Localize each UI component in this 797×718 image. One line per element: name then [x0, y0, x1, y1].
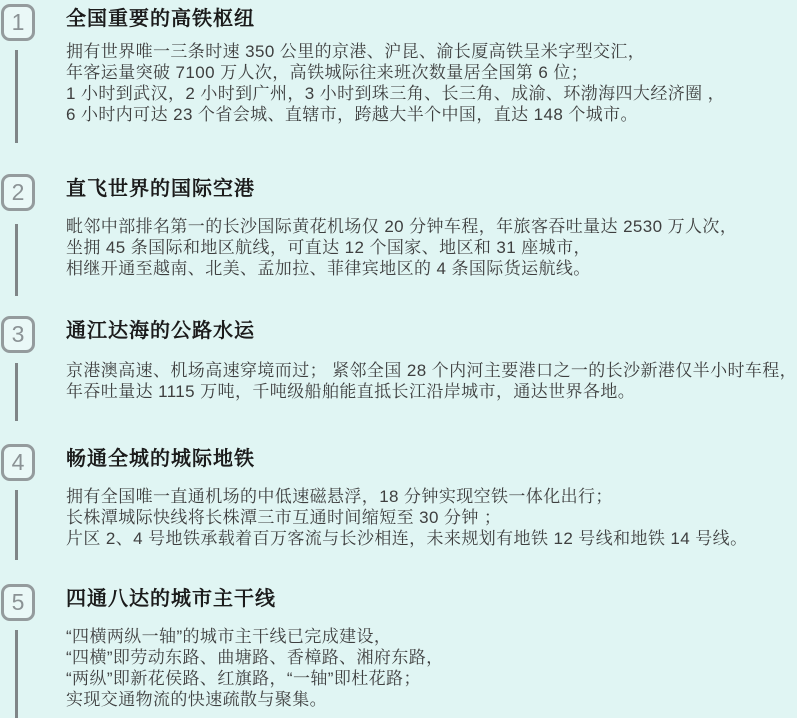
paragraph-line: “四横”即劳动东路、曲塘路、香樟路、湘府东路，	[66, 647, 444, 668]
paragraph-line: 坐拥 45 条国际和地区航线，可直达 12 个国家、地区和 31 座城市，	[66, 237, 737, 258]
paragraph-line: 拥有全国唯一直通机场的中低速磁悬浮，18 分钟实现空铁一体化出行；	[66, 486, 747, 507]
paragraph-line: 片区 2、4 号地铁承载着百万客流与长沙相连，未来规划有地铁 12 号线和地铁 …	[66, 528, 747, 549]
step-number-badge: 3	[1, 316, 35, 353]
step-number: 2	[12, 181, 25, 204]
paragraph-line: 1 小时到武汉，2 小时到广州，3 小时到珠三角、长三角、成渝、环渤海四大经济圈…	[66, 83, 725, 104]
paragraph-line: “四横两纵一轴”的城市主干线已完成建设，	[66, 626, 444, 647]
paragraph-line: 实现交通物流的快速疏散与聚集。	[66, 689, 444, 710]
timeline-connector-line	[15, 630, 18, 718]
section-title: 全国重要的高铁枢纽	[66, 6, 255, 32]
paragraph-line: 长株潭城际快线将长株潭三市互通时间缩短至 30 分钟 ；	[66, 507, 747, 528]
step-number-badge: 1	[1, 4, 35, 41]
paragraph-line: 拥有世界唯一三条时速 350 公里的京港、沪昆、渝长厦高铁呈米字型交汇，	[66, 41, 725, 62]
step-number: 1	[12, 11, 25, 34]
section-title: 四通八达的城市主干线	[66, 586, 276, 612]
infographic-page: 1 全国重要的高铁枢纽 拥有世界唯一三条时速 350 公里的京港、沪昆、渝长厦高…	[0, 0, 797, 718]
step-number: 3	[12, 323, 25, 346]
section-paragraph: 京港澳高速、机场高速穿境而过； 紧邻全国 28 个内河主要港口之一的长沙新港仅半…	[66, 360, 797, 402]
section-title: 畅通全城的城际地铁	[66, 446, 255, 472]
section-paragraph: “四横两纵一轴”的城市主干线已完成建设， “四横”即劳动东路、曲塘路、香樟路、湘…	[66, 626, 444, 710]
paragraph-line: 毗邻中部排名第一的长沙国际黄花机场仅 20 分钟车程，年旅客吞吐量达 2530 …	[66, 216, 737, 237]
step-number: 5	[12, 591, 25, 614]
paragraph-line: 相继开通至越南、北美、孟加拉、菲律宾地区的 4 条国际货运航线。	[66, 258, 737, 279]
paragraph-line: “两纵”即新花侯路、红旗路，“一轴”即杜花路；	[66, 668, 444, 689]
step-number: 4	[12, 451, 25, 474]
timeline-connector-line	[15, 50, 18, 143]
section-paragraph: 毗邻中部排名第一的长沙国际黄花机场仅 20 分钟车程，年旅客吞吐量达 2530 …	[66, 216, 737, 279]
timeline-connector-line	[15, 490, 18, 560]
paragraph-line: 京港澳高速、机场高速穿境而过； 紧邻全国 28 个内河主要港口之一的长沙新港仅半…	[66, 360, 797, 381]
step-number-badge: 5	[1, 584, 35, 621]
timeline-connector-line	[15, 224, 18, 296]
paragraph-line: 年吞吐量达 1115 万吨，千吨级船舶能直抵长江沿岸城市，通达世界各地。	[66, 381, 797, 402]
step-number-badge: 2	[1, 174, 35, 211]
section-paragraph: 拥有世界唯一三条时速 350 公里的京港、沪昆、渝长厦高铁呈米字型交汇， 年客运…	[66, 41, 725, 125]
step-number-badge: 4	[1, 444, 35, 481]
section-title: 通江达海的公路水运	[66, 318, 255, 344]
section-title: 直飞世界的国际空港	[66, 176, 255, 202]
paragraph-line: 6 小时内可达 23 个省会城、直辖市，跨越大半个中国，直达 148 个城市。	[66, 104, 725, 125]
timeline-connector-line	[15, 363, 18, 421]
section-paragraph: 拥有全国唯一直通机场的中低速磁悬浮，18 分钟实现空铁一体化出行； 长株潭城际快…	[66, 486, 747, 549]
paragraph-line: 年客运量突破 7100 万人次，高铁城际往来班次数量居全国第 6 位；	[66, 62, 725, 83]
